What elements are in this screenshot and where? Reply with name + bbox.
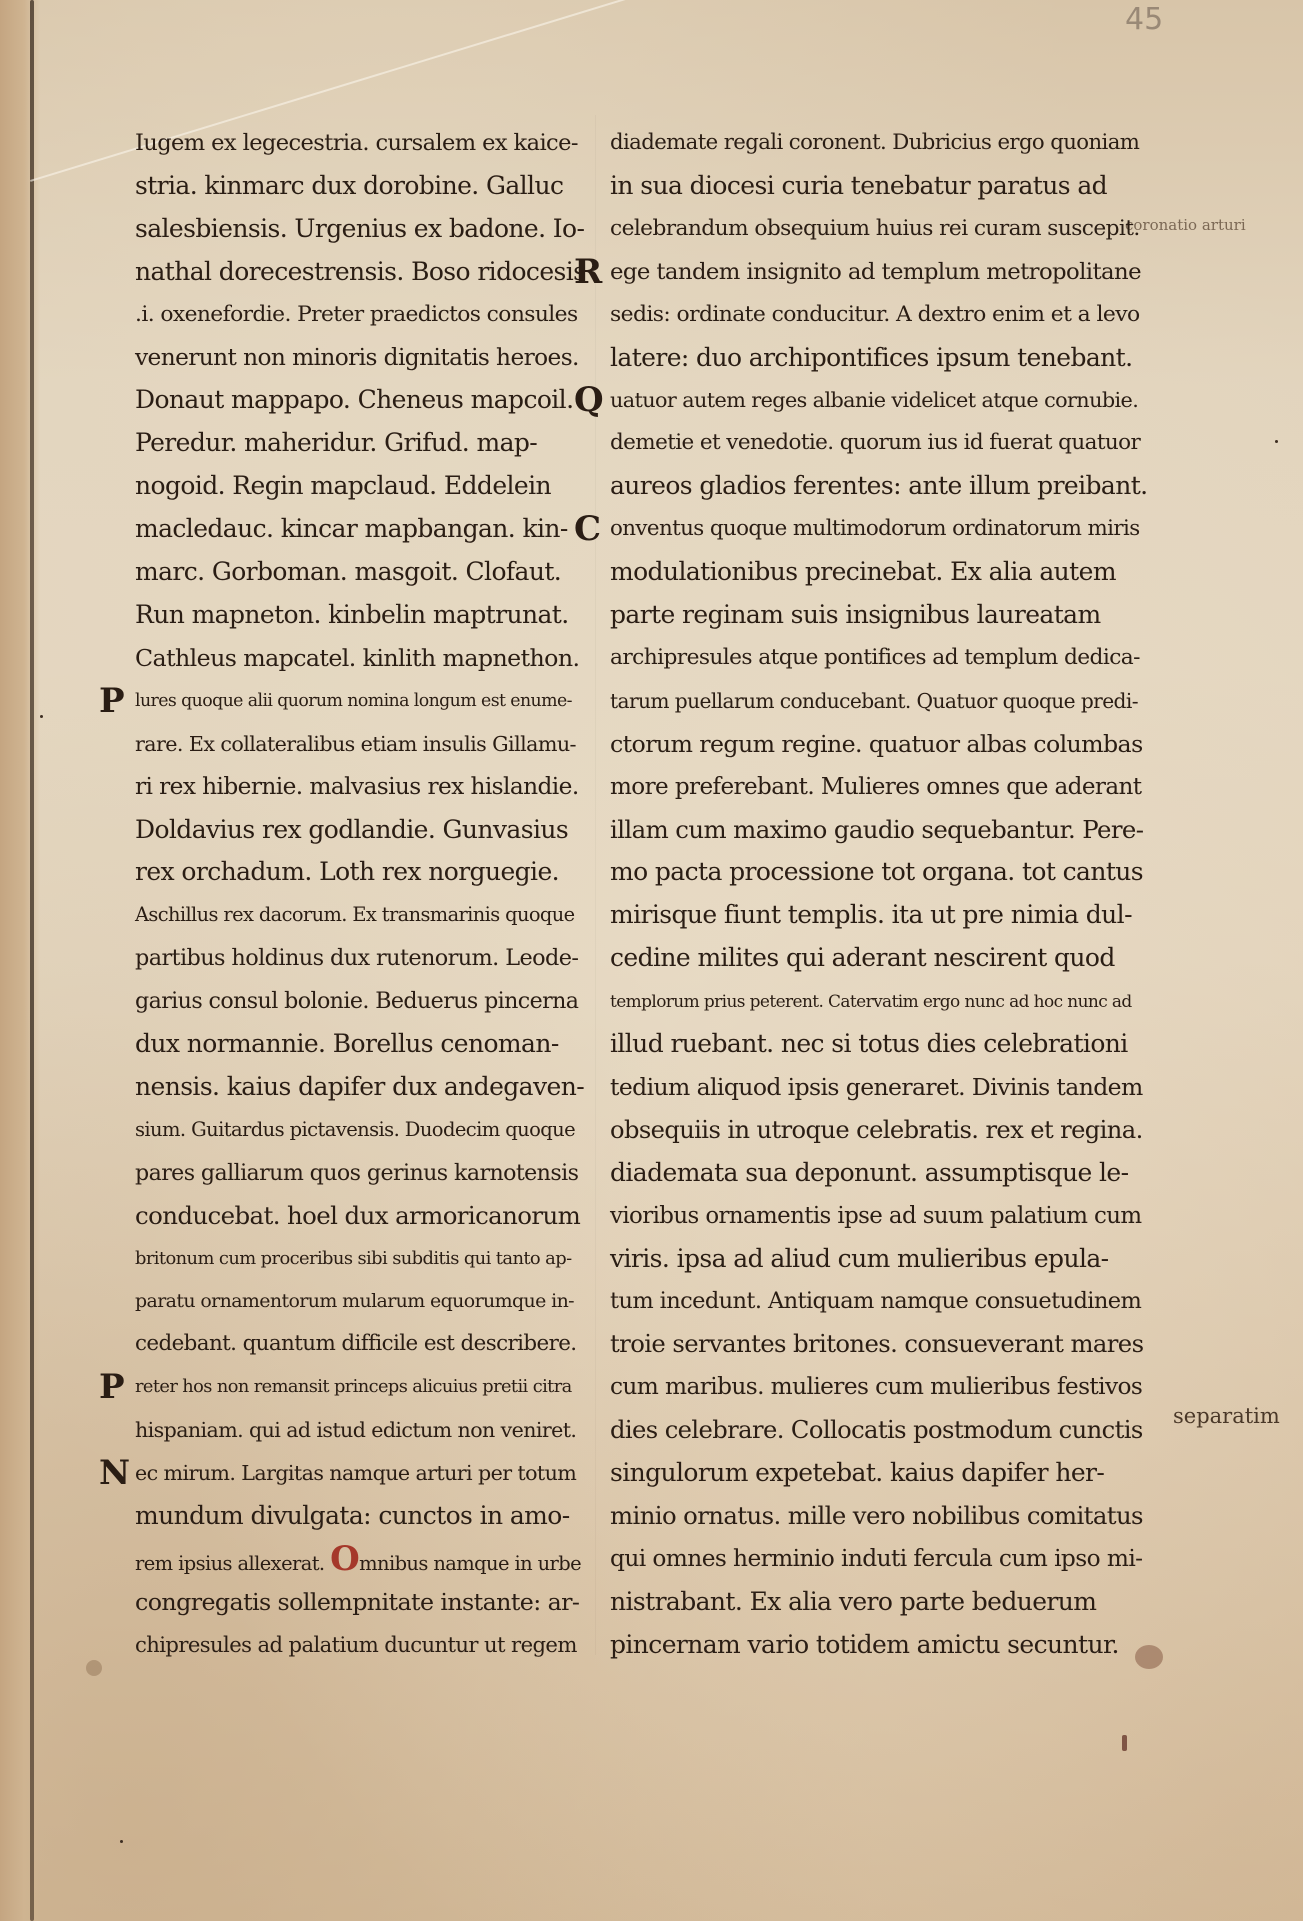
text-line: sium. Guitardus pictavensis. Duodecim qu… xyxy=(135,1109,590,1152)
text-line: chipresules ad palatium ducuntur ut rege… xyxy=(135,1624,590,1667)
right-text-column: diademate regali coronent. Dubricius erg… xyxy=(610,122,1155,1667)
text-line: Quatuor autem reges albanie videlicet at… xyxy=(610,379,1155,422)
line-text: partibus holdinus dux rutenorum. Leode- xyxy=(135,945,578,971)
text-line: Cathleus mapcatel. kinlith mapnethon. xyxy=(135,637,590,680)
text-line: Rege tandem insignito ad templum metropo… xyxy=(610,251,1155,294)
text-line: singulorum expetebat. kaius dapifer her- xyxy=(610,1452,1155,1495)
line-text: ec mirum. Largitas namque arturi per tot… xyxy=(135,1461,576,1485)
text-line: diademata sua deponunt. assumptisque le- xyxy=(610,1152,1155,1195)
text-line: dies celebrare. Collocatis postmodum cun… xyxy=(610,1409,1155,1452)
text-line: stria. kinmarc dux dorobine. Galluc xyxy=(135,165,590,208)
text-line: britonum cum proceribus sibi subditis qu… xyxy=(135,1238,590,1281)
line-text-continued: mnibus namque in urbe xyxy=(359,1552,581,1575)
text-line: minio ornatus. mille vero nobilibus comi… xyxy=(610,1495,1155,1538)
line-text: mirisque fiunt templis. ita ut pre nimia… xyxy=(610,900,1132,929)
line-text: aureos gladios ferentes: ante illum prei… xyxy=(610,471,1148,500)
line-text: qui omnes herminio induti fercula cum ip… xyxy=(610,1545,1142,1572)
line-text: ege tandem insignito ad templum metropol… xyxy=(610,259,1141,285)
text-line: nistrabant. Ex alia vero parte beduerum xyxy=(610,1581,1155,1624)
line-text: venerunt non minoris dignitatis heroes. xyxy=(135,344,579,371)
stain-left xyxy=(86,1660,102,1676)
text-line: Preter hos non remansit princeps alicuiu… xyxy=(135,1366,590,1409)
line-text: mundum divulgata: cunctos in amo- xyxy=(135,1501,570,1530)
text-line: mundum divulgata: cunctos in amo- xyxy=(135,1495,590,1538)
line-text: britonum cum proceribus sibi subditis qu… xyxy=(135,1248,572,1269)
line-text: pares galliarum quos gerinus karnotensis xyxy=(135,1160,578,1186)
text-line: demetie et venedotie. quorum ius id fuer… xyxy=(610,422,1155,465)
text-line: illud ruebant. nec si totus dies celebra… xyxy=(610,1023,1155,1066)
line-text: rem ipsius allexerat. xyxy=(135,1552,325,1575)
line-text: in sua diocesi curia tenebatur paratus a… xyxy=(610,171,1107,200)
text-line: paratu ornamentorum mularum equorumque i… xyxy=(135,1280,590,1323)
text-line: tum incedunt. Antiquam namque consuetudi… xyxy=(610,1280,1155,1323)
line-text: illud ruebant. nec si totus dies celebra… xyxy=(610,1029,1128,1058)
left-text-column: Iugem ex legecestria. cursalem ex kaice-… xyxy=(135,122,590,1667)
text-line: conducebat. hoel dux armoricanorum xyxy=(135,1195,590,1238)
line-text: cedebant. quantum difficile est describe… xyxy=(135,1331,577,1356)
text-line: venerunt non minoris dignitatis heroes. xyxy=(135,337,590,380)
line-text: cum maribus. mulieres cum mulieribus fes… xyxy=(610,1373,1142,1400)
text-line: archipresules atque pontifices ad templu… xyxy=(610,637,1155,680)
text-line: congregatis sollempnitate instante: ar- xyxy=(135,1581,590,1624)
text-line: Run mapneton. kinbelin maptrunat. xyxy=(135,594,590,637)
text-line: macledauc. kincar mapbangan. kin- xyxy=(135,508,590,551)
line-text: garius consul bolonie. Beduerus pincerna xyxy=(135,988,578,1014)
line-text: Doldavius rex godlandie. Gunvasius xyxy=(135,815,568,844)
text-line: Peredur. maheridur. Grifud. map- xyxy=(135,422,590,465)
text-line: partibus holdinus dux rutenorum. Leode- xyxy=(135,937,590,980)
line-text: singulorum expetebat. kaius dapifer her- xyxy=(610,1458,1104,1487)
text-line: nathal dorecestrensis. Boso ridocesis xyxy=(135,251,590,294)
line-text: demetie et venedotie. quorum ius id fuer… xyxy=(610,430,1140,455)
text-line: Nec mirum. Largitas namque arturi per to… xyxy=(135,1452,590,1495)
line-text: sium. Guitardus pictavensis. Duodecim qu… xyxy=(135,1118,575,1141)
line-text: Iugem ex legecestria. cursalem ex kaice- xyxy=(135,130,578,156)
text-line: nogoid. Regin mapclaud. Eddelein xyxy=(135,465,590,508)
text-line: in sua diocesi curia tenebatur paratus a… xyxy=(610,165,1155,208)
text-line: rem ipsius allexerat. Omnibus namque in … xyxy=(135,1538,590,1581)
line-text: dies celebrare. Collocatis postmodum cun… xyxy=(610,1416,1143,1444)
line-text: celebrandum obsequium huius rei curam su… xyxy=(610,216,1140,241)
line-text: stria. kinmarc dux dorobine. Galluc xyxy=(135,171,563,200)
text-line: latere: duo archipontifices ipsum teneba… xyxy=(610,337,1155,380)
line-text: dux normannie. Borellus cenoman- xyxy=(135,1029,559,1058)
line-text: Run mapneton. kinbelin maptrunat. xyxy=(135,600,569,629)
text-line: more preferebant. Mulieres omnes que ade… xyxy=(610,766,1155,809)
text-line: ri rex hibernie. malvasius rex hislandie… xyxy=(135,766,590,809)
text-line: tedium aliquod ipsis generaret. Divinis … xyxy=(610,1066,1155,1109)
line-text: archipresules atque pontifices ad templu… xyxy=(610,645,1140,670)
line-text: reter hos non remansit princeps alicuius… xyxy=(135,1376,572,1397)
paragraph-initial: P xyxy=(99,680,124,723)
text-line: marc. Gorboman. masgoit. Clofaut. xyxy=(135,551,590,594)
text-line: Iugem ex legecestria. cursalem ex kaice- xyxy=(135,122,590,165)
line-text: Aschillus rex dacorum. Ex transmarinis q… xyxy=(135,903,574,926)
line-text: latere: duo archipontifices ipsum teneba… xyxy=(610,343,1132,372)
text-line: celebrandum obsequium huius rei curam su… xyxy=(610,208,1155,251)
line-text: nogoid. Regin mapclaud. Eddelein xyxy=(135,471,551,500)
line-text: lures quoque alii quorum nomina longum e… xyxy=(135,691,572,711)
text-line: rex orchadum. Loth rex norguegie. xyxy=(135,851,590,894)
line-text: salesbiensis. Urgenius ex badone. Io- xyxy=(135,214,584,243)
text-line: mirisque fiunt templis. ita ut pre nimia… xyxy=(610,894,1155,937)
gutter-fold xyxy=(30,0,34,1921)
line-text: tum incedunt. Antiquam namque consuetudi… xyxy=(610,1288,1141,1314)
line-text: ri rex hibernie. malvasius rex hislandie… xyxy=(135,773,579,800)
line-text: uatuor autem reges albanie videlicet atq… xyxy=(610,388,1138,412)
paragraph-initial: N xyxy=(99,1452,129,1495)
speck xyxy=(120,1840,123,1843)
line-text: minio ornatus. mille vero nobilibus comi… xyxy=(610,1501,1143,1530)
line-text: marc. Gorboman. masgoit. Clofaut. xyxy=(135,557,561,586)
text-line: qui omnes herminio induti fercula cum ip… xyxy=(610,1538,1155,1581)
column-ruling xyxy=(595,115,596,1655)
line-text: Donaut mappapo. Cheneus mapcoil. xyxy=(135,385,573,414)
line-text: illam cum maximo gaudio sequebantur. Per… xyxy=(610,815,1143,844)
line-text: viris. ipsa ad aliud cum mulieribus epul… xyxy=(610,1244,1109,1273)
text-line: Conventus quoque multimodorum ordinatoru… xyxy=(610,508,1155,551)
text-line: salesbiensis. Urgenius ex badone. Io- xyxy=(135,208,590,251)
line-text: nathal dorecestrensis. Boso ridocesis xyxy=(135,257,585,286)
text-line: modulationibus precinebat. Ex alia autem xyxy=(610,551,1155,594)
line-text: more preferebant. Mulieres omnes que ade… xyxy=(610,774,1141,800)
text-line: cedebant. quantum difficile est describe… xyxy=(135,1323,590,1366)
line-text: macledauc. kincar mapbangan. kin- xyxy=(135,514,568,543)
folio-number: 45 xyxy=(1125,2,1163,37)
text-line: pincernam vario totidem amictu secuntur. xyxy=(610,1624,1155,1667)
text-line: garius consul bolonie. Beduerus pincerna xyxy=(135,980,590,1023)
text-line: hispaniam. qui ad istud edictum non veni… xyxy=(135,1409,590,1452)
line-text: cedine milites qui aderant nescirent quo… xyxy=(610,943,1115,972)
line-text: .i. oxenefordie. Preter praedictos consu… xyxy=(135,302,578,327)
line-text: Peredur. maheridur. Grifud. map- xyxy=(135,428,537,457)
text-line: obsequiis in utroque celebratis. rex et … xyxy=(610,1109,1155,1152)
line-text: diademate regali coronent. Dubricius erg… xyxy=(610,130,1139,155)
paragraph-initial: R xyxy=(574,251,602,294)
line-text: chipresules ad palatium ducuntur ut rege… xyxy=(135,1632,577,1657)
line-text: templorum prius peterent. Catervatim erg… xyxy=(610,991,1132,1011)
line-text: nistrabant. Ex alia vero parte beduerum xyxy=(610,1587,1096,1616)
paragraph-initial: P xyxy=(99,1366,124,1409)
line-text: tedium aliquod ipsis generaret. Divinis … xyxy=(610,1073,1143,1101)
binding-edge xyxy=(0,0,40,1921)
marginal-note-separatim: separatim xyxy=(1173,1404,1280,1428)
text-line: pares galliarum quos gerinus karnotensis xyxy=(135,1152,590,1195)
line-text: parte reginam suis insignibus laureatam xyxy=(610,600,1101,629)
text-line: Plures quoque alii quorum nomina longum … xyxy=(135,680,590,723)
text-line: viris. ipsa ad aliud cum mulieribus epul… xyxy=(610,1238,1155,1281)
line-text: vioribus ornamentis ipse ad suum palatiu… xyxy=(610,1203,1142,1229)
line-text: tarum puellarum conducebant. Quatuor quo… xyxy=(610,689,1138,713)
text-line: diademate regali coronent. Dubricius erg… xyxy=(610,122,1155,165)
text-line: tarum puellarum conducebant. Quatuor quo… xyxy=(610,680,1155,723)
text-line: Donaut mappapo. Cheneus mapcoil. xyxy=(135,379,590,422)
line-text: rare. Ex collateralibus etiam insulis Gi… xyxy=(135,732,576,756)
text-line: ctorum regum regine. quatuor albas colum… xyxy=(610,723,1155,766)
line-text: sedis: ordinate conducitur. A dextro eni… xyxy=(610,302,1140,327)
text-line: cedine milites qui aderant nescirent quo… xyxy=(610,937,1155,980)
line-text: nensis. kaius dapifer dux andegaven- xyxy=(135,1072,584,1101)
text-line: aureos gladios ferentes: ante illum prei… xyxy=(610,465,1155,508)
manuscript-page: 45 coronatio arturi separatim Iugem ex l… xyxy=(0,0,1303,1921)
line-text: ctorum regum regine. quatuor albas colum… xyxy=(610,730,1143,758)
text-line: illam cum maximo gaudio sequebantur. Per… xyxy=(610,809,1155,852)
paragraph-initial: C xyxy=(574,508,600,551)
text-line: .i. oxenefordie. Preter praedictos consu… xyxy=(135,294,590,337)
text-line: templorum prius peterent. Catervatim erg… xyxy=(610,980,1155,1023)
line-text: modulationibus precinebat. Ex alia autem xyxy=(610,557,1116,586)
text-line: dux normannie. Borellus cenoman- xyxy=(135,1023,590,1066)
line-text: obsequiis in utroque celebratis. rex et … xyxy=(610,1116,1143,1144)
line-text: onventus quoque multimodorum ordinatorum… xyxy=(610,516,1140,541)
speck xyxy=(40,715,43,718)
paragraph-initial: Q xyxy=(574,379,603,422)
ink-mark xyxy=(1122,1735,1127,1751)
text-line: Doldavius rex godlandie. Gunvasius xyxy=(135,809,590,852)
text-line: cum maribus. mulieres cum mulieribus fes… xyxy=(610,1366,1155,1409)
line-text: conducebat. hoel dux armoricanorum xyxy=(135,1201,580,1230)
text-line: troie servantes britones. consueverant m… xyxy=(610,1323,1155,1366)
text-line: parte reginam suis insignibus laureatam xyxy=(610,594,1155,637)
text-line: nensis. kaius dapifer dux andegaven- xyxy=(135,1066,590,1109)
text-line: Aschillus rex dacorum. Ex transmarinis q… xyxy=(135,894,590,937)
line-text: pincernam vario totidem amictu secuntur. xyxy=(610,1630,1119,1659)
text-line: vioribus ornamentis ipse ad suum palatiu… xyxy=(610,1195,1155,1238)
speck xyxy=(1275,440,1278,443)
line-text: paratu ornamentorum mularum equorumque i… xyxy=(135,1290,574,1312)
line-text: diademata sua deponunt. assumptisque le- xyxy=(610,1158,1128,1187)
line-text: hispaniam. qui ad istud edictum non veni… xyxy=(135,1418,576,1442)
line-text: troie servantes britones. consueverant m… xyxy=(610,1329,1143,1358)
text-line: sedis: ordinate conducitur. A dextro eni… xyxy=(610,294,1155,337)
line-text: Cathleus mapcatel. kinlith mapnethon. xyxy=(135,644,579,672)
rubricated-initial: O xyxy=(330,1539,359,1579)
line-text: congregatis sollempnitate instante: ar- xyxy=(135,1588,579,1616)
text-line: mo pacta processione tot organa. tot can… xyxy=(610,851,1155,894)
text-line: rare. Ex collateralibus etiam insulis Gi… xyxy=(135,723,590,766)
line-text: mo pacta processione tot organa. tot can… xyxy=(610,857,1143,886)
line-text: rex orchadum. Loth rex norguegie. xyxy=(135,857,559,886)
